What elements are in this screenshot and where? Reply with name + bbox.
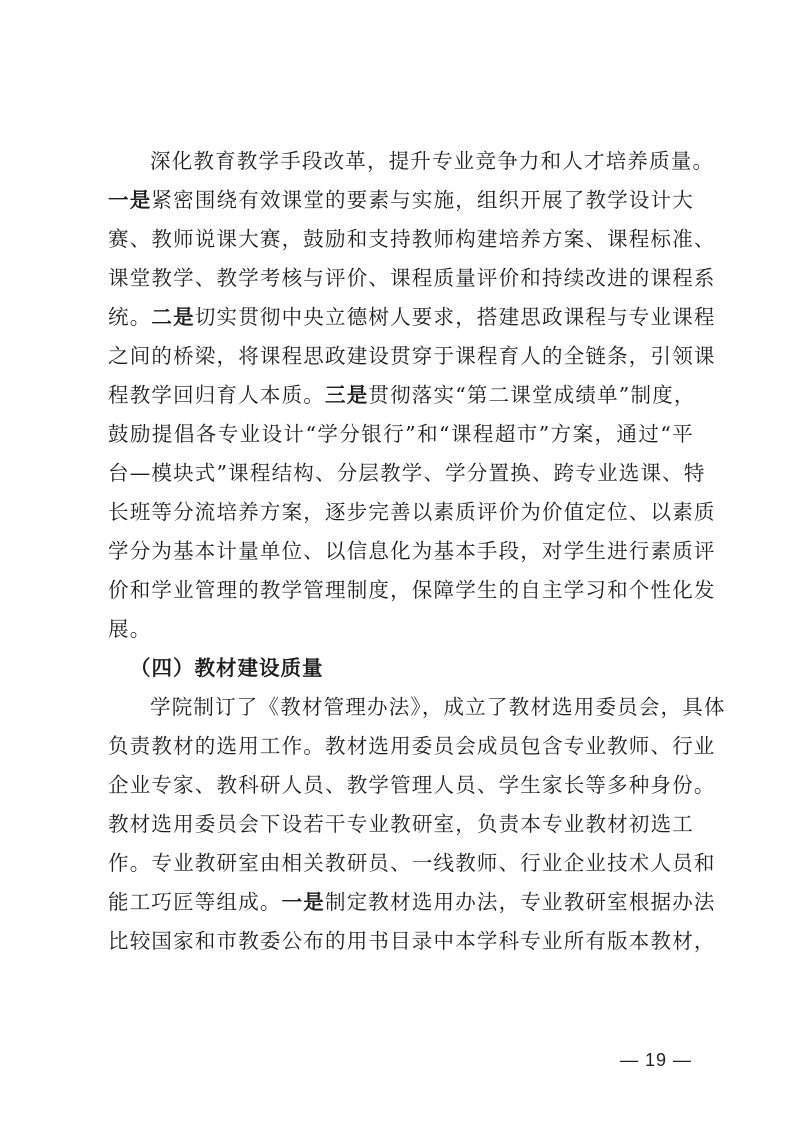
- text-line: 负责教材的选用工作。教材选用委员会成员包含专业教师、行业: [108, 727, 694, 766]
- text-line: 企业专家、教科研人员、教学管理人员、学生家长等多种身份。: [108, 766, 694, 805]
- text-line: 价和学业管理的教学管理制度，保障学生的自主学习和个性化发: [108, 571, 694, 610]
- emphasis-third: 三是: [325, 383, 368, 407]
- text-line: 比较国家和市教委公布的用书目录中本学科专业所有版本教材，: [108, 922, 694, 961]
- text-line: 鼓励提倡各专业设计“学分银行”和“课程超市”方案，通过“平: [108, 415, 694, 454]
- emphasis-first: 一是: [282, 890, 325, 914]
- text-line: 之间的桥梁，将课程思政建设贯穿于课程育人的全链条，引领课: [108, 337, 694, 376]
- section-heading: （四）教材建设质量: [108, 649, 694, 688]
- text-line: 深化教育教学手段改革，提升专业竞争力和人才培养质量。: [108, 142, 694, 181]
- text-line: 台—模块式”课程结构、分层教学、学分置换、跨专业选课、特: [108, 454, 694, 493]
- text-line: 统。二是切实贯彻中央立德树人要求，搭建思政课程与专业课程: [108, 298, 694, 337]
- text-line: 教材选用委员会下设若干专业教研室，负责本专业教材初选工: [108, 805, 694, 844]
- text-line: 展。: [108, 610, 694, 649]
- text-line: 一是紧密围绕有效课堂的要素与实施，组织开展了教学设计大: [108, 181, 694, 220]
- text-line: 能工巧匠等组成。一是制定教材选用办法，专业教研室根据办法: [108, 883, 694, 922]
- emphasis-first: 一是: [108, 188, 151, 212]
- text-line: 学院制订了《教材管理办法》，成立了教材选用委员会，具体: [108, 688, 694, 727]
- document-page: 深化教育教学手段改革，提升专业竞争力和人才培养质量。 一是紧密围绕有效课堂的要素…: [108, 142, 694, 961]
- text-line: 长班等分流培养方案，逐步完善以素质评价为价值定位、以素质: [108, 493, 694, 532]
- text-line: 作。专业教研室由相关教研员、一线教师、行业企业技术人员和: [108, 844, 694, 883]
- paragraph-textbook-management: 学院制订了《教材管理办法》，成立了教材选用委员会，具体 负责教材的选用工作。教材…: [108, 688, 694, 961]
- text-line: 程教学回归育人本质。三是贯彻落实“第二课堂成绩单”制度，: [108, 376, 694, 415]
- text-line: 课堂教学、教学考核与评价、课程质量评价和持续改进的课程系: [108, 259, 694, 298]
- emphasis-second: 二是: [151, 305, 194, 329]
- paragraph-teaching-reform: 深化教育教学手段改革，提升专业竞争力和人才培养质量。 一是紧密围绕有效课堂的要素…: [108, 142, 694, 649]
- text-line: 赛、教师说课大赛，鼓励和支持教师构建培养方案、课程标准、: [108, 220, 694, 259]
- page-number: — 19 —: [620, 1050, 692, 1071]
- text-line: 学分为基本计量单位、以信息化为基本手段，对学生进行素质评: [108, 532, 694, 571]
